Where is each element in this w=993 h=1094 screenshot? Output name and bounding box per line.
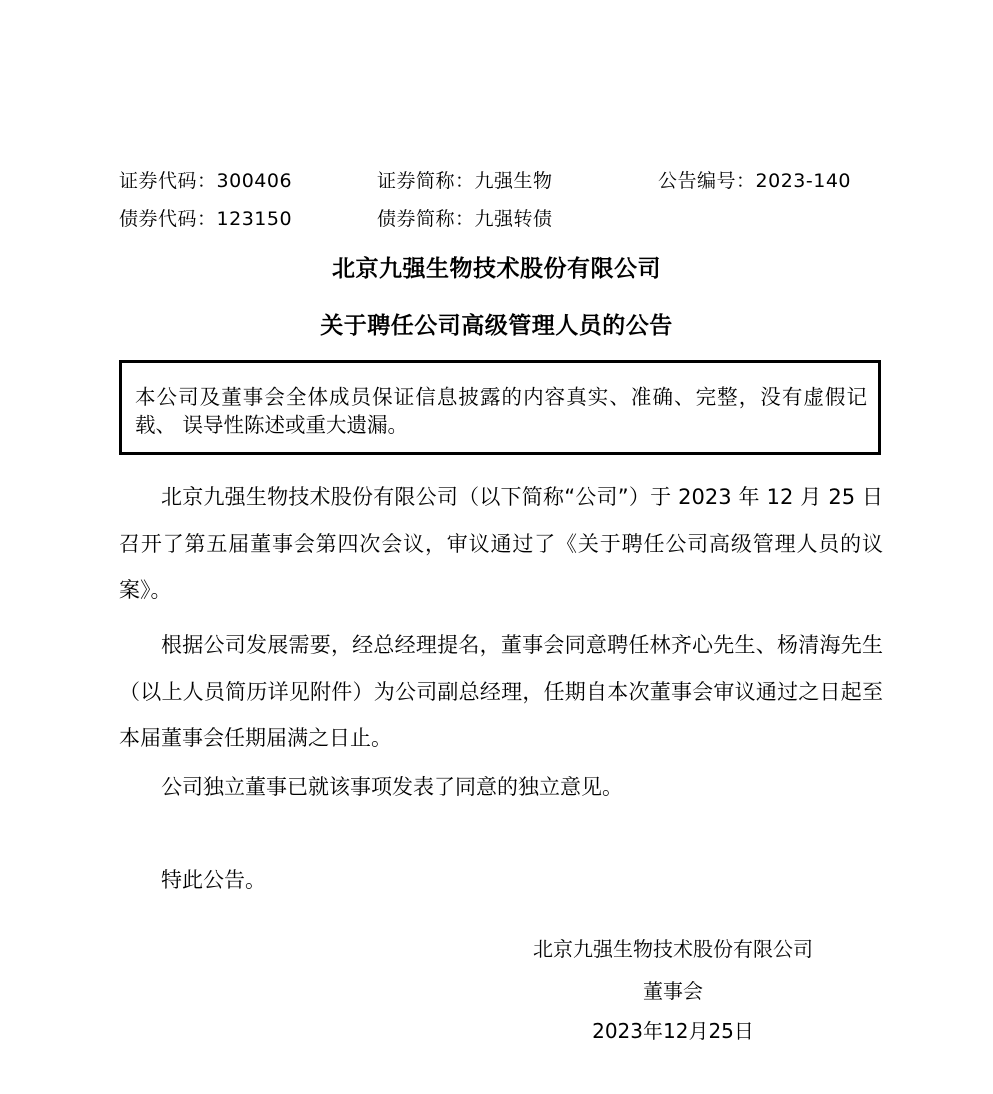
disclaimer-box: 本公司及董事会全体成员保证信息披露的内容真实、准确、完整，没有虚假记载、 误导性… [119,360,881,455]
signature-board: 董事会 [473,979,873,1003]
bond-abbreviation: 债券简称：九强转债 [377,207,553,231]
body-paragraph-3: 公司独立董事已就该事项发表了同意的独立意见。 [119,764,883,811]
announcement-number: 公告编号：2023-140 [658,169,851,193]
disclaimer-text: 本公司及董事会全体成员保证信息披露的内容真实、准确、完整，没有虚假记载、 误导性… [135,383,867,439]
stock-code: 证券代码：300406 [119,169,292,193]
announcement-no-value: 2023-140 [756,170,851,192]
body-paragraph-1: 北京九强生物技术股份有限公司（以下简称“公司”）于 2023 年 12 月 25… [119,474,883,614]
announcement-no-label: 公告编号： [658,170,756,192]
stock-abbreviation: 证券简称：九强生物 [377,169,553,193]
stock-code-label: 证券代码： [119,170,217,192]
bond-code-value: 123150 [217,208,293,230]
signature-company: 北京九强生物技术股份有限公司 [473,937,873,961]
bond-abbr-value: 九强转债 [475,208,553,230]
announcement-title: 关于聘任公司高级管理人员的公告 [0,311,993,341]
bond-code: 债券代码：123150 [119,207,292,231]
signature-date: 2023年12月25日 [473,1019,873,1043]
stock-code-value: 300406 [217,170,293,192]
stock-abbr-value: 九强生物 [475,170,553,192]
company-title: 北京九强生物技术股份有限公司 [0,254,993,284]
bond-code-label: 债券代码： [119,208,217,230]
bond-abbr-label: 债券简称： [377,208,475,230]
closing-statement: 特此公告。 [119,857,883,904]
stock-abbr-label: 证券简称： [377,170,475,192]
body-paragraph-2: 根据公司发展需要，经总经理提名，董事会同意聘任林齐心先生、杨清海先生（以上人员简… [119,622,883,762]
